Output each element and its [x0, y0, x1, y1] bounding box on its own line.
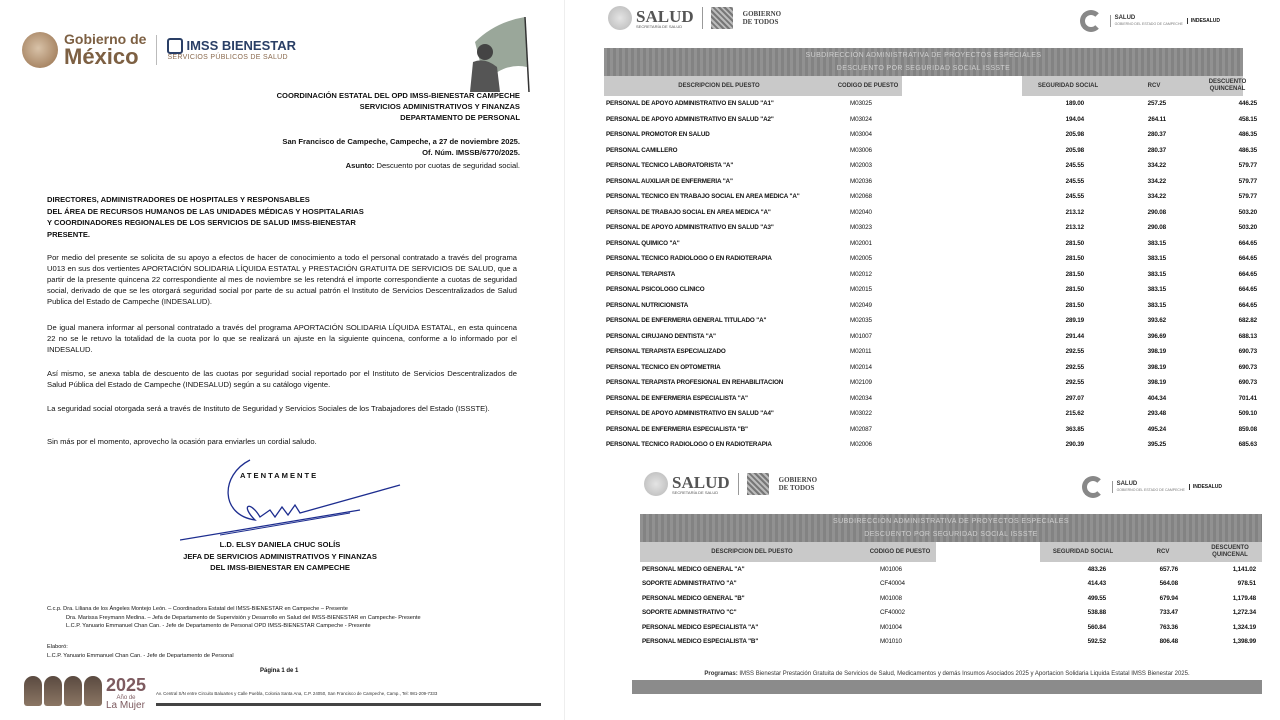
rcv-amount: 290.08 [1114, 209, 1194, 216]
position-code: M02012 [834, 271, 902, 278]
position-code: M02005 [834, 255, 902, 262]
social-security-amount: 189.00 [1022, 100, 1114, 107]
biweekly-discount: 664.65 [1194, 271, 1261, 278]
position-description: PERSONAL DE APOYO ADMINISTRATIVO EN SALU… [604, 410, 834, 417]
rcv-amount: 733.47 [1126, 609, 1200, 616]
table-row: PERSONAL TÉCNICO RADIÓLOGO O EN RADIOTER… [604, 437, 1243, 453]
table-row: PERSONAL AUXILIAR DE ENFERMERÍA "A"M0203… [604, 174, 1243, 190]
rcv-amount: 334.22 [1114, 178, 1194, 185]
social-security-amount: 290.39 [1022, 441, 1114, 448]
table-row: PERSONAL TERAPISTAM02012281.50383.15664.… [604, 267, 1243, 283]
rcv-amount: 679.94 [1126, 595, 1200, 602]
table-row: PERSONAL DE ENFERMERÍA ESPECIALISTA "B"M… [604, 422, 1243, 438]
social-security-amount: 414.43 [1040, 580, 1126, 587]
gobierno-de-todos-logo: GOBIERNODE TODOS [779, 476, 818, 492]
discount-table-1: SALUDSECRETARÍA DE SALUD GOBIERNODE TODO… [596, 0, 1260, 445]
social-security-amount: 205.98 [1022, 131, 1114, 138]
social-security-amount: 538.88 [1040, 609, 1126, 616]
position-code: CF40004 [864, 580, 936, 587]
footer-bar [632, 680, 1262, 694]
social-security-amount: 245.55 [1022, 193, 1114, 200]
rcv-amount: 334.22 [1114, 162, 1194, 169]
social-security-amount: 245.55 [1022, 178, 1114, 185]
position-code: M01010 [864, 638, 936, 645]
table-row: PERSONAL TERAPISTA ESPECIALIZADOM0201129… [604, 344, 1243, 360]
position-code: M02003 [834, 162, 902, 169]
social-security-amount: 499.55 [1040, 595, 1126, 602]
flag-heroine-icon [455, 12, 530, 92]
biweekly-discount: 1,398.99 [1200, 638, 1260, 645]
rcv-amount: 564.08 [1126, 580, 1200, 587]
biweekly-discount: 1,141.02 [1200, 566, 1260, 573]
body-paragraph: La seguridad social otorgada será a trav… [47, 403, 517, 414]
rcv-amount: 280.37 [1114, 147, 1194, 154]
position-code: M02014 [834, 364, 902, 371]
programs-note: Programas: IMSS Bienestar Prestación Gra… [632, 671, 1262, 677]
position-description: SOPORTE ADMINISTRATIVO "A" [640, 580, 864, 587]
position-description: PERSONAL CIRUJANO DENTISTA "A" [604, 333, 834, 340]
social-security-amount: 281.50 [1022, 271, 1114, 278]
position-description: PERSONAL MÉDICO GENERAL "B" [640, 595, 864, 602]
table-banner: SUBDIRECCIÓN ADMINISTRATIVA DE PROYECTOS… [640, 514, 1262, 542]
biweekly-discount: 579.77 [1194, 162, 1261, 169]
biweekly-discount: 458.15 [1194, 116, 1261, 123]
table-row: PERSONAL MÉDICO ESPECIALISTA "A"M0100456… [640, 620, 1262, 635]
indesalud-logo: SALUDGOBIERNO DEL ESTADO DE CAMPECHE IND… [1082, 476, 1222, 498]
position-description: PERSONAL CAMILLERO [604, 147, 834, 154]
body-paragraph: Por medio del presente se solicita de su… [47, 252, 517, 307]
biweekly-discount: 579.77 [1194, 178, 1261, 185]
rcv-amount: 383.15 [1114, 271, 1194, 278]
position-description: PERSONAL TÉCNICO LABORATORISTA "A" [604, 162, 834, 169]
position-description: PERSONAL DE APOYO ADMINISTRATIVO EN SALU… [604, 116, 834, 123]
rcv-amount: 290.08 [1114, 224, 1194, 231]
position-description: PERSONAL DE TRABAJO SOCIAL EN ÁREA MÉDIC… [604, 209, 834, 216]
carbon-copy-list: C.c.p. Dra. Liliana de los Ángeles Monte… [47, 605, 421, 631]
biweekly-discount: 690.73 [1194, 348, 1261, 355]
table-header: DESCRIPCION DEL PUESTO CODIGO DE PUESTO … [640, 542, 1262, 562]
biweekly-discount: 682.82 [1194, 317, 1261, 324]
social-security-amount: 213.12 [1022, 209, 1114, 216]
position-description: PERSONAL TÉCNICO EN TRABAJO SOCIAL EN ÁR… [604, 193, 834, 200]
rcv-amount: 383.15 [1114, 286, 1194, 293]
subject-line: Asunto: Descuento por cuotas de segurida… [346, 161, 520, 170]
rcv-amount: 293.48 [1114, 410, 1194, 417]
table-row: PERSONAL CIRUJANO DENTISTA "A"M01007291.… [604, 329, 1243, 345]
position-code: M03024 [834, 116, 902, 123]
social-security-amount: 281.50 [1022, 255, 1114, 262]
position-description: PERSONAL PROMOTOR EN SALUD [604, 131, 834, 138]
table-letterhead: SALUDSECRETARÍA DE SALUD GOBIERNODE TODO… [632, 466, 1262, 506]
campeche-shield-icon [711, 7, 733, 29]
biweekly-discount: 701.41 [1194, 395, 1261, 402]
table-row: PERSONAL QUÍMICO "A"M02001281.50383.1566… [604, 236, 1243, 252]
table-row: SOPORTE ADMINISTRATIVO "A"CF40004414.435… [640, 577, 1262, 592]
position-code: M02011 [834, 348, 902, 355]
biweekly-discount: 978.51 [1200, 580, 1260, 587]
position-description: PERSONAL MÉDICO GENERAL "A" [640, 566, 864, 573]
discount-table-2: SALUDSECRETARÍA DE SALUD GOBIERNODE TODO… [632, 466, 1262, 691]
indesalud-logo: SALUDGOBIERNO DEL ESTADO DE CAMPECHE IND… [1080, 10, 1220, 32]
official-letter: Gobierno de México IMSS BIENESTAR SERVIC… [0, 0, 565, 720]
social-security-amount: 292.55 [1022, 379, 1114, 386]
biweekly-discount: 486.35 [1194, 131, 1261, 138]
table-row: PERSONAL TERAPISTA PROFESIONAL EN REHABI… [604, 375, 1243, 391]
position-code: CF40002 [864, 609, 936, 616]
rcv-amount: 657.76 [1126, 566, 1200, 573]
rcv-amount: 806.48 [1126, 638, 1200, 645]
table-header: DESCRIPCION DEL PUESTO CODIGO DE PUESTO … [604, 76, 1243, 96]
biweekly-discount: 509.10 [1194, 410, 1261, 417]
table-row: PERSONAL DE ENFERMERÍA GENERAL TITULADO … [604, 313, 1243, 329]
table-row: SOPORTE ADMINISTRATIVO "C"CF40002538.887… [640, 606, 1262, 621]
social-security-amount: 289.19 [1022, 317, 1114, 324]
social-security-amount: 363.85 [1022, 426, 1114, 433]
position-description: PERSONAL NUTRICIONISTA [604, 302, 834, 309]
rcv-amount: 334.22 [1114, 193, 1194, 200]
rcv-amount: 395.25 [1114, 441, 1194, 448]
social-security-amount: 281.50 [1022, 302, 1114, 309]
position-code: M02068 [834, 193, 902, 200]
position-code: M02001 [834, 240, 902, 247]
position-code: M02036 [834, 178, 902, 185]
imss-emblem-icon [167, 38, 183, 54]
letter-footer: 2025 Año de La Mujer Av. Central S/N ent… [24, 676, 544, 716]
social-security-amount: 194.04 [1022, 116, 1114, 123]
position-description: PERSONAL DE APOYO ADMINISTRATIVO EN SALU… [604, 100, 834, 107]
table-body: PERSONAL MÉDICO GENERAL "A"M01006483.266… [632, 562, 1262, 649]
position-description: PERSONAL TÉCNICO EN OPTOMETRÍA [604, 364, 834, 371]
position-description: PERSONAL DE APOYO ADMINISTRATIVO EN SALU… [604, 224, 834, 231]
social-security-amount: 560.84 [1040, 624, 1126, 631]
position-code: M03004 [834, 131, 902, 138]
social-security-amount: 205.98 [1022, 147, 1114, 154]
position-code: M02040 [834, 209, 902, 216]
biweekly-discount: 685.63 [1194, 441, 1261, 448]
table-row: PERSONAL MÉDICO ESPECIALISTA "B"M0101059… [640, 635, 1262, 650]
position-code: M01006 [864, 566, 936, 573]
position-code: M02087 [834, 426, 902, 433]
date-and-number: San Francisco de Campeche, Campeche, a 2… [282, 136, 520, 158]
table-row: PERSONAL PROMOTOR EN SALUDM03004205.9828… [604, 127, 1243, 143]
table-row: PERSONAL TÉCNICO RADIÓLOGO O EN RADIOTER… [604, 251, 1243, 267]
table-banner: SUBDIRECCIÓN ADMINISTRATIVA DE PROYECTOS… [604, 48, 1243, 76]
rcv-amount: 393.62 [1114, 317, 1194, 324]
table-row: PERSONAL DE APOYO ADMINISTRATIVO EN SALU… [604, 96, 1243, 112]
rcv-amount: 257.25 [1114, 100, 1194, 107]
biweekly-discount: 690.73 [1194, 379, 1261, 386]
gobierno-mexico-logo: Gobierno de México [64, 32, 146, 68]
biweekly-discount: 690.73 [1194, 364, 1261, 371]
table-letterhead: SALUDSECRETARÍA DE SALUD GOBIERNODE TODO… [596, 0, 1260, 40]
position-description: PERSONAL TERAPISTA ESPECIALIZADO [604, 348, 834, 355]
table-row: PERSONAL TÉCNICO EN TRABAJO SOCIAL EN ÁR… [604, 189, 1243, 205]
position-code: M03006 [834, 147, 902, 154]
position-code: M02006 [834, 441, 902, 448]
rcv-amount: 383.15 [1114, 255, 1194, 262]
signer-block: L.D. ELSY DANIELA CHUC SOLÍS JEFA DE SER… [150, 539, 410, 574]
rcv-amount: 396.69 [1114, 333, 1194, 340]
table-row: PERSONAL NUTRICIONISTAM02049281.50383.15… [604, 298, 1243, 314]
position-code: M02035 [834, 317, 902, 324]
table-row: PERSONAL TÉCNICO EN OPTOMETRÍAM02014292.… [604, 360, 1243, 376]
position-description: PERSONAL TÉCNICO RADIÓLOGO O EN RADIOTER… [604, 255, 834, 262]
table-row: PERSONAL DE APOYO ADMINISTRATIVO EN SALU… [604, 406, 1243, 422]
position-code: M02109 [834, 379, 902, 386]
rcv-amount: 404.34 [1114, 395, 1194, 402]
position-code: M01004 [864, 624, 936, 631]
gobierno-de-todos-logo: GOBIERNODE TODOS [743, 10, 782, 26]
position-description: PERSONAL DE ENFERMERÍA ESPECIALISTA "B" [604, 426, 834, 433]
footer-address: Av. Central S/N entre Circuito Baluartes… [156, 691, 437, 696]
table-row: PERSONAL MÉDICO GENERAL "B"M01008499.556… [640, 591, 1262, 606]
biweekly-discount: 688.13 [1194, 333, 1261, 340]
rcv-amount: 280.37 [1114, 131, 1194, 138]
social-security-amount: 215.62 [1022, 410, 1114, 417]
footer-rule [156, 703, 541, 706]
rcv-amount: 383.15 [1114, 240, 1194, 247]
salud-logo: SALUDSECRETARÍA DE SALUD [672, 474, 730, 495]
body-paragraph: Así mismo, se anexa tabla de descuento d… [47, 368, 517, 390]
page-number: Página 1 de 1 [260, 668, 298, 674]
position-description: PERSONAL DE ENFERMERÍA GENERAL TITULADO … [604, 317, 834, 324]
biweekly-discount: 664.65 [1194, 286, 1261, 293]
position-description: PERSONAL TERAPISTA PROFESIONAL EN REHABI… [604, 379, 834, 386]
biweekly-discount: 1,179.48 [1200, 595, 1260, 602]
prepared-by: Elaboró: L.C.P. Yanuario Emmanuel Chan C… [47, 643, 234, 660]
position-code: M02034 [834, 395, 902, 402]
indesalud-emblem-icon [1082, 476, 1104, 498]
social-security-amount: 213.12 [1022, 224, 1114, 231]
social-security-amount: 281.50 [1022, 240, 1114, 247]
rcv-amount: 264.11 [1114, 116, 1194, 123]
table-row: PERSONAL TÉCNICO LABORATORISTA "A"M02003… [604, 158, 1243, 174]
social-security-amount: 281.50 [1022, 286, 1114, 293]
rcv-amount: 398.19 [1114, 364, 1194, 371]
social-security-amount: 291.44 [1022, 333, 1114, 340]
biweekly-discount: 486.35 [1194, 147, 1261, 154]
salud-logo: SALUDSECRETARÍA DE SALUD [636, 8, 694, 29]
social-security-amount: 292.55 [1022, 348, 1114, 355]
biweekly-discount: 664.65 [1194, 240, 1261, 247]
position-description: SOPORTE ADMINISTRATIVO "C" [640, 609, 864, 616]
imss-bienestar-logo: IMSS BIENESTAR SERVICIOS PÚBLICOS DE SAL… [167, 38, 296, 62]
rcv-amount: 398.19 [1114, 348, 1194, 355]
table-row: PERSONAL MÉDICO GENERAL "A"M01006483.266… [640, 562, 1262, 577]
table-row: PERSONAL DE TRABAJO SOCIAL EN ÁREA MÉDIC… [604, 205, 1243, 221]
rcv-amount: 383.15 [1114, 302, 1194, 309]
table-row: PERSONAL DE APOYO ADMINISTRATIVO EN SALU… [604, 220, 1243, 236]
position-description: PERSONAL MÉDICO ESPECIALISTA "B" [640, 638, 864, 645]
table-row: PERSONAL PSICÓLOGO CLÍNICOM02015281.5038… [604, 282, 1243, 298]
biweekly-discount: 446.25 [1194, 100, 1261, 107]
women-portraits-icon [24, 676, 102, 706]
table-row: PERSONAL CAMILLEROM03006205.98280.37486.… [604, 143, 1243, 159]
biweekly-discount: 664.65 [1194, 302, 1261, 309]
position-code: M01008 [864, 595, 936, 602]
biweekly-discount: 1,324.19 [1200, 624, 1260, 631]
salud-seal-icon [644, 472, 668, 496]
body-paragraph: De igual manera informar al personal con… [47, 322, 517, 355]
body-paragraph: Sin más por el momento, aprovecho la oca… [47, 436, 517, 447]
social-security-amount: 592.52 [1040, 638, 1126, 645]
recipients: DIRECTORES, ADMINISTRADORES DE HOSPITALE… [47, 194, 364, 240]
position-code: M03025 [834, 100, 902, 107]
social-security-amount: 292.55 [1022, 364, 1114, 371]
position-description: PERSONAL DE ENFERMERÍA ESPECIALISTA "A" [604, 395, 834, 402]
biweekly-discount: 503.20 [1194, 224, 1261, 231]
social-security-amount: 483.26 [1040, 566, 1126, 573]
position-description: PERSONAL PSICÓLOGO CLÍNICO [604, 286, 834, 293]
national-seal-icon [22, 32, 58, 68]
issuing-office: COORDINACIÓN ESTATAL DEL OPD IMSS-BIENES… [277, 90, 520, 123]
position-description: PERSONAL QUÍMICO "A" [604, 240, 834, 247]
rcv-amount: 398.19 [1114, 379, 1194, 386]
biweekly-discount: 1,272.34 [1200, 609, 1260, 616]
position-description: PERSONAL AUXILIAR DE ENFERMERÍA "A" [604, 178, 834, 185]
table-row: PERSONAL DE APOYO ADMINISTRATIVO EN SALU… [604, 112, 1243, 128]
indesalud-emblem-icon [1080, 10, 1102, 32]
campeche-shield-icon [747, 473, 769, 495]
position-description: PERSONAL MÉDICO ESPECIALISTA "A" [640, 624, 864, 631]
biweekly-discount: 503.20 [1194, 209, 1261, 216]
position-code: M02015 [834, 286, 902, 293]
biweekly-discount: 664.65 [1194, 255, 1261, 262]
position-code: M03023 [834, 224, 902, 231]
rcv-amount: 763.36 [1126, 624, 1200, 631]
rcv-amount: 495.24 [1114, 426, 1194, 433]
biweekly-discount: 579.77 [1194, 193, 1261, 200]
biweekly-discount: 859.08 [1194, 426, 1261, 433]
social-security-amount: 245.55 [1022, 162, 1114, 169]
salud-seal-icon [608, 6, 632, 30]
position-code: M03022 [834, 410, 902, 417]
logo-divider [156, 35, 157, 65]
social-security-amount: 297.07 [1022, 395, 1114, 402]
position-code: M01007 [834, 333, 902, 340]
position-description: PERSONAL TÉCNICO RADIÓLOGO O EN RADIOTER… [604, 441, 834, 448]
table-row: PERSONAL DE ENFERMERÍA ESPECIALISTA "A"M… [604, 391, 1243, 407]
position-code: M02049 [834, 302, 902, 309]
year-badge: 2025 Año de La Mujer [106, 676, 146, 711]
letterhead: Gobierno de México IMSS BIENESTAR SERVIC… [22, 32, 296, 68]
position-description: PERSONAL TERAPISTA [604, 271, 834, 278]
table-body: PERSONAL DE APOYO ADMINISTRATIVO EN SALU… [596, 96, 1260, 453]
